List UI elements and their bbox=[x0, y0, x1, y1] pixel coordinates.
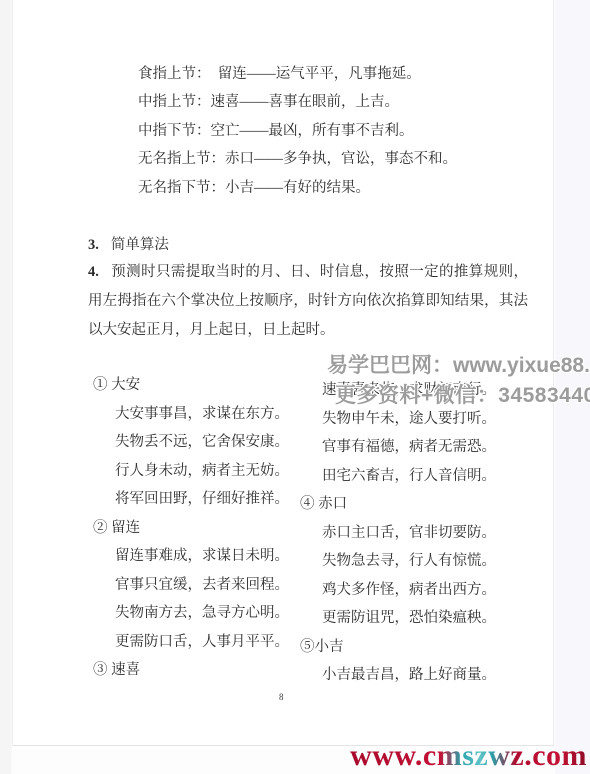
palace-header: ③ 速喜 bbox=[93, 656, 289, 685]
finger-line: 无名指上节：赤口——多争执，官讼，事态不和。 bbox=[138, 145, 457, 173]
palace-header: ① 大安 bbox=[93, 371, 289, 400]
palace-column-right: 速喜喜来临，求财问南行。 失物申午未，途人要打听。 官事有福德，病者无需恐。 田… bbox=[300, 376, 496, 690]
palace-verse: 官事只宜缓，去者来回程。 bbox=[93, 571, 289, 600]
finger-line: 无名指下节：小吉——有好的结果。 bbox=[138, 174, 457, 202]
finger-line: 食指上节： 留连——运气平平，凡事拖延。 bbox=[138, 60, 457, 88]
section-heading: 3.简单算法 bbox=[88, 233, 169, 254]
palace-verse: 失物南方去，急寻方心明。 bbox=[93, 599, 289, 628]
palace-header: ② 留连 bbox=[93, 514, 289, 543]
palace-header: ⑤小吉 bbox=[300, 633, 496, 662]
palace-verse: 官事有福德，病者无需恐。 bbox=[300, 433, 496, 462]
palace-verse: 失物丢不远，它舍保安康。 bbox=[93, 428, 289, 457]
palace-verse: 田宅六畜吉，行人音信明。 bbox=[300, 462, 496, 491]
footer-site-url: www.cmszwz.com bbox=[350, 739, 587, 773]
palace-verse: 更需防口舌，人事月平平。 bbox=[93, 628, 289, 657]
palace-verse: 失物急去寻，行人有惊慌。 bbox=[300, 547, 496, 576]
palace-verse: 大安事事昌，求谋在东方。 bbox=[93, 400, 289, 429]
document-viewport: 食指上节： 留连——运气平平，凡事拖延。 中指上节：速喜——喜事在眼前，上吉。 … bbox=[0, 0, 590, 774]
palace-verse: 留连事难成，求谋日未明。 bbox=[93, 542, 289, 571]
palace-column-left: ① 大安 大安事事昌，求谋在东方。 失物丢不远，它舍保安康。 行人身未动，病者主… bbox=[93, 371, 289, 685]
palace-verse: 失物申午未，途人要打听。 bbox=[300, 405, 496, 434]
palace-verse: 小吉最吉昌，路上好商量。 bbox=[300, 661, 496, 690]
palace-verse: 行人身未动，病者主无妨。 bbox=[93, 457, 289, 486]
section-number: 3. bbox=[88, 237, 99, 253]
finger-line: 中指上节：速喜——喜事在眼前，上吉。 bbox=[138, 88, 457, 116]
palace-header: ④ 赤口 bbox=[300, 490, 496, 519]
palace-verse: 将军回田野，仔细好推祥。 bbox=[93, 485, 289, 514]
section-heading-text: 简单算法 bbox=[111, 237, 169, 253]
algorithm-paragraph: 4.预测时只需提取当时的月、日、时信息，按照一定的推算规则，用左拇指在六个掌决位… bbox=[88, 258, 528, 345]
item-number: 4. bbox=[88, 264, 99, 280]
finger-line: 中指下节：空亡——最凶，所有事不吉利。 bbox=[138, 117, 457, 145]
palace-verse: 赤口主口舌，官非切要防。 bbox=[300, 519, 496, 548]
palace-verse: 鸡犬多作怪，病者出西方。 bbox=[300, 576, 496, 605]
palace-verse: 速喜喜来临，求财问南行。 bbox=[300, 376, 496, 405]
algorithm-paragraph-text: 预测时只需提取当时的月、日、时信息，按照一定的推算规则，用左拇指在六个掌决位上按… bbox=[88, 264, 528, 338]
palace-verse: 更需防诅咒，恐怕染瘟秧。 bbox=[300, 604, 496, 633]
page-number: 8 bbox=[279, 692, 284, 702]
finger-joint-section: 食指上节： 留连——运气平平，凡事拖延。 中指上节：速喜——喜事在眼前，上吉。 … bbox=[138, 60, 457, 202]
